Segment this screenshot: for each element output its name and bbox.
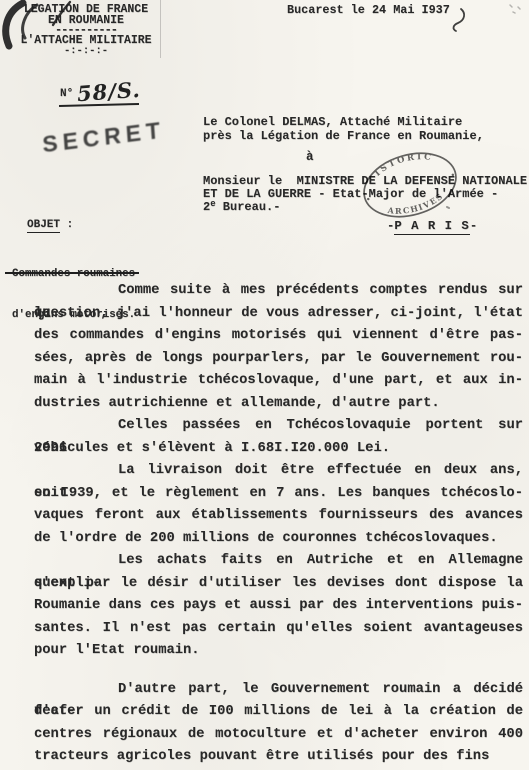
subject-label: OBJET : xyxy=(27,219,73,231)
body-line: vaques feront aux établissements fournis… xyxy=(34,505,523,528)
paragraph: Celles passées en Tchécoslovaquie porten… xyxy=(34,415,523,460)
body-line: main à l'industrie tchécoslovaque, d'une… xyxy=(34,370,523,393)
reference-underline xyxy=(59,103,139,107)
body-line: pour l'Etat roumain. xyxy=(34,640,523,663)
body-line: sées, après de longs pourparlers, par le… xyxy=(34,348,523,371)
body-line: de l'ordre de 200 millions de couronnes … xyxy=(34,528,523,551)
paragraph: La livraison doit être effectuée en deux… xyxy=(34,460,523,550)
body-line: véhicules et s'élèvent à I.68I.I20.000 L… xyxy=(34,438,523,461)
body-line: Roumanie dans ces pays et aussi par des … xyxy=(34,595,523,618)
reference-label: N° xyxy=(60,88,73,100)
paragraph: Comme suite à mes précédents comptes ren… xyxy=(34,280,523,415)
body-line: des commandes d'engins motorisés qui vie… xyxy=(34,325,523,348)
letterhead: LEGATION DE FRANCE EN ROUMANIE ---------… xyxy=(20,4,152,57)
addressee-city: -P A R I S- xyxy=(387,219,477,233)
city-name: P A R I S xyxy=(394,219,469,235)
faint-dot-mark xyxy=(447,207,449,208)
addressee-line1: Le Colonel DELMAS, Attaché Militaire xyxy=(203,115,462,129)
reference-number-handwritten: 58/S. xyxy=(76,77,141,106)
paragraph: D'autre part, le Gouvernement roumain a … xyxy=(34,679,523,769)
date-line: Bucarest le 24 Mai I937 xyxy=(287,3,450,17)
addressee-line3: Monsieur le MINISTRE DE LA DEFENSE NATIO… xyxy=(203,174,527,188)
addressee-line5: 2e Bureau.- xyxy=(203,199,280,214)
paragraph: Les achats faits en Autriche et en Allem… xyxy=(34,550,523,663)
body-line: dustries autrichienne et allemande, d'au… xyxy=(34,393,523,416)
bureau-rest: Bureau.- xyxy=(216,200,281,214)
body-line: question, j'ai l'honneur de vous adresse… xyxy=(34,303,523,326)
subject-rule xyxy=(5,272,139,274)
fold-line xyxy=(160,0,161,58)
letterhead-separator: -:-:-:- xyxy=(20,46,152,57)
body-line: Comme suite à mes précédents comptes ren… xyxy=(34,280,523,303)
body-line: centres régionaux de motoculture et d'ac… xyxy=(34,724,523,747)
body-line: en I939, et le règlement en 7 ans. Les b… xyxy=(34,483,523,506)
subject-colon: : xyxy=(60,219,73,231)
body-line: tracteurs agricoles pouvant être utilisé… xyxy=(34,746,523,769)
city-post-dash: - xyxy=(470,219,477,233)
date-flourish-mark xyxy=(454,9,465,31)
letter-body: Comme suite à mes précédents comptes ren… xyxy=(34,280,523,769)
body-line: fecter un crédit de I00 millions de lei … xyxy=(34,701,523,724)
body-line: D'autre part, le Gouvernement roumain a … xyxy=(34,679,523,702)
body-line: quent par le désir d'utiliser les devise… xyxy=(34,573,523,596)
body-line: La livraison doit être effectuée en deux… xyxy=(34,460,523,483)
body-line: Les achats faits en Autriche et en Allem… xyxy=(34,550,523,573)
addressee-line2: près la Légation de France en Roumanie, xyxy=(203,129,484,143)
subject-label-text: OBJET xyxy=(27,219,60,233)
body-line: Celles passées en Tchécoslovaquie porten… xyxy=(34,415,523,438)
addressee-salutation: à xyxy=(306,150,314,164)
body-line: santes. Il n'est pas certain qu'elles so… xyxy=(34,618,523,641)
scanned-letter-page: LEGATION DE FRANCE EN ROUMANIE ---------… xyxy=(0,0,529,770)
faint-corner-marks xyxy=(510,5,520,13)
secret-stamp: SECRET xyxy=(42,117,166,159)
